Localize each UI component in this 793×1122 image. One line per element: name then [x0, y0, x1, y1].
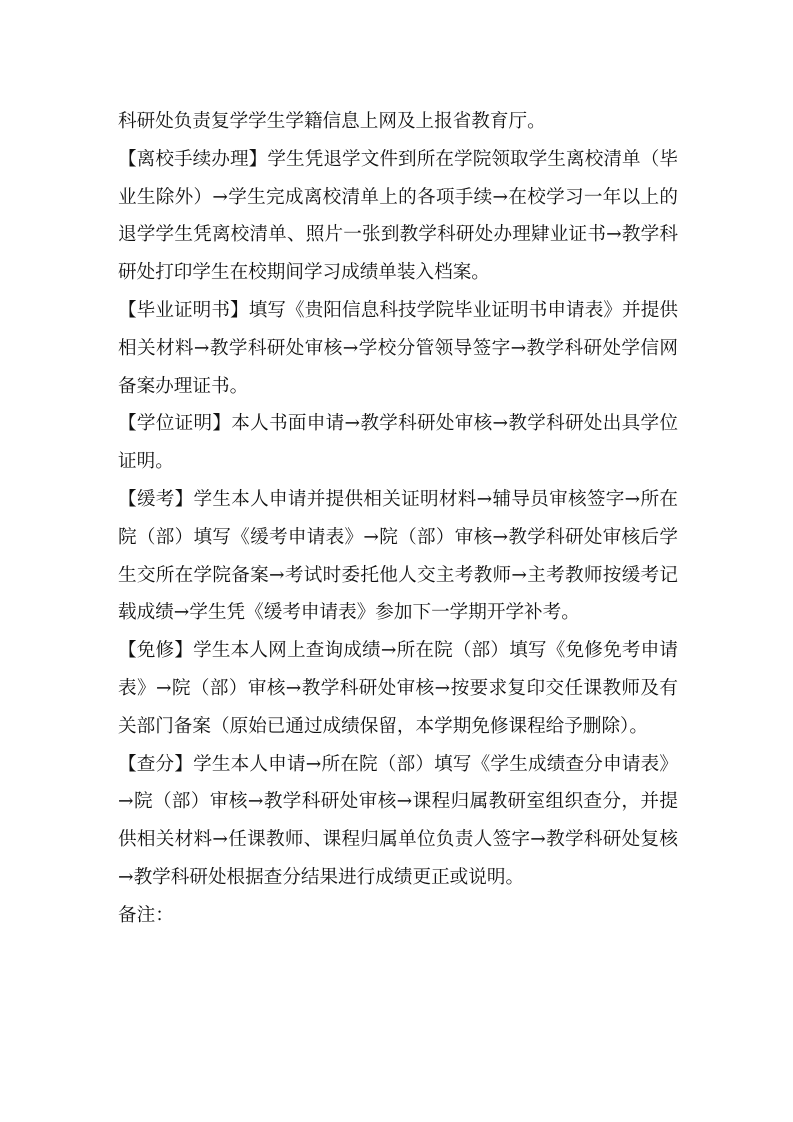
- section-heading: 【查分】: [118, 754, 193, 775]
- section-heading: 【免修】: [118, 640, 193, 661]
- remarks-label: 备注：: [118, 905, 174, 926]
- section-heading: 【毕业证明书】: [118, 300, 249, 321]
- paragraph-text: 学生本人申请并提供相关证明材料→辅导员审核签字→所在院（部）填写《缓考申请表》→…: [118, 489, 678, 623]
- section-heading: 【学位证明】: [118, 413, 231, 434]
- section-heading: 【缓考】: [118, 489, 194, 510]
- paragraph-deferred-exam: 【缓考】学生本人申请并提供相关证明材料→辅导员审核签字→所在院（部）填写《缓考申…: [118, 481, 678, 632]
- paragraph-remarks: 备注：: [118, 897, 678, 935]
- paragraph-course-exemption: 【免修】学生本人网上查询成绩→所在院（部）填写《免修免考申请表》→院（部）审核→…: [118, 632, 678, 745]
- paragraph-score-review: 【查分】学生本人申请→所在院（部）填写《学生成绩查分申请表》→院（部）审核→教学…: [118, 746, 678, 897]
- document-page: 科研处负责复学学生学籍信息上网及上报省教育厅。 【离校手续办理】学生凭退学文件到…: [118, 103, 678, 935]
- paragraph-text: 学生本人网上查询成绩→所在院（部）填写《免修免考申请表》→院（部）审核→教学科研…: [118, 640, 678, 737]
- paragraph-graduation-certificate: 【毕业证明书】填写《贵阳信息科技学院毕业证明书申请表》并提供相关材料→教学科研处…: [118, 292, 678, 405]
- paragraph-text: 学生本人申请→所在院（部）填写《学生成绩查分申请表》→院（部）审核→教学科研处审…: [118, 754, 678, 888]
- section-heading: 【离校手续办理】: [118, 149, 267, 170]
- paragraph-leaving-procedures: 【离校手续办理】学生凭退学文件到所在学院领取学生离校清单（毕业生除外）→学生完成…: [118, 141, 678, 292]
- paragraph-degree-certificate: 【学位证明】本人书面申请→教学科研处审核→教学科研处出具学位证明。: [118, 405, 678, 481]
- paragraph-text: 科研处负责复学学生学籍信息上网及上报省教育厅。: [118, 111, 546, 132]
- paragraph-reinstatement-note: 科研处负责复学学生学籍信息上网及上报省教育厅。: [118, 103, 678, 141]
